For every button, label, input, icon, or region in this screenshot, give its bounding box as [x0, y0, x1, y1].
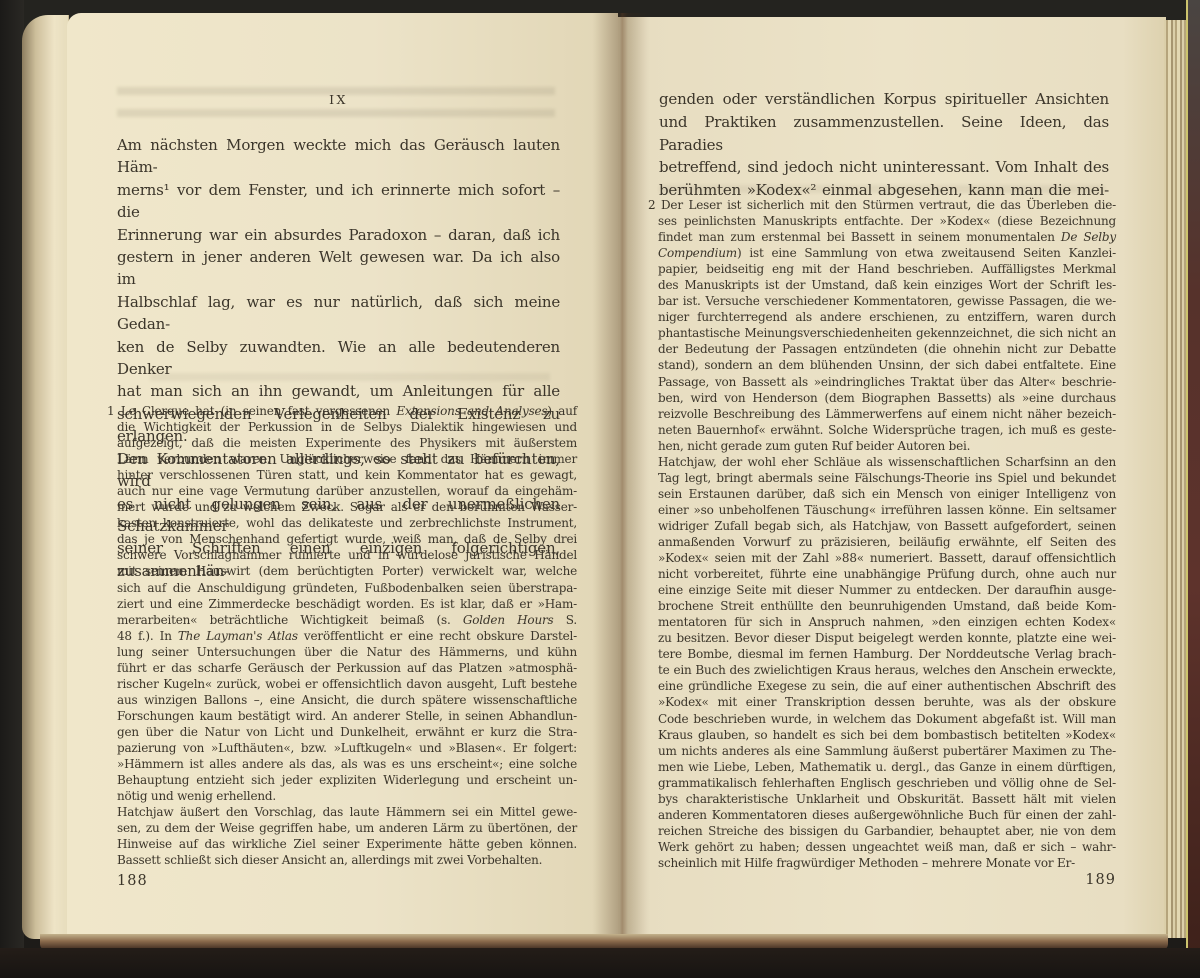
- page-number-left: 188: [117, 873, 148, 889]
- right-page-footnote: 2 Der Leser ist sicherlich mit den Stürm…: [658, 197, 1116, 871]
- background-left-band: [0, 0, 24, 978]
- left-page-edges: [22, 15, 69, 939]
- book-cover-edge: [1186, 0, 1200, 978]
- left-page-footnote: 1 Le Clerque hat (in seinen fast vergess…: [117, 403, 577, 868]
- page-number-right: 189: [658, 872, 1116, 888]
- chapter-heading: IX: [117, 92, 560, 107]
- right-page-edges: [1164, 20, 1187, 938]
- right-page-body-text: genden oder verständlichen Korpus spirit…: [659, 88, 1109, 202]
- background-bottom-band: [0, 948, 1200, 978]
- book-spread: IX Am nächsten Morgen weckte mich das Ge…: [0, 0, 1200, 978]
